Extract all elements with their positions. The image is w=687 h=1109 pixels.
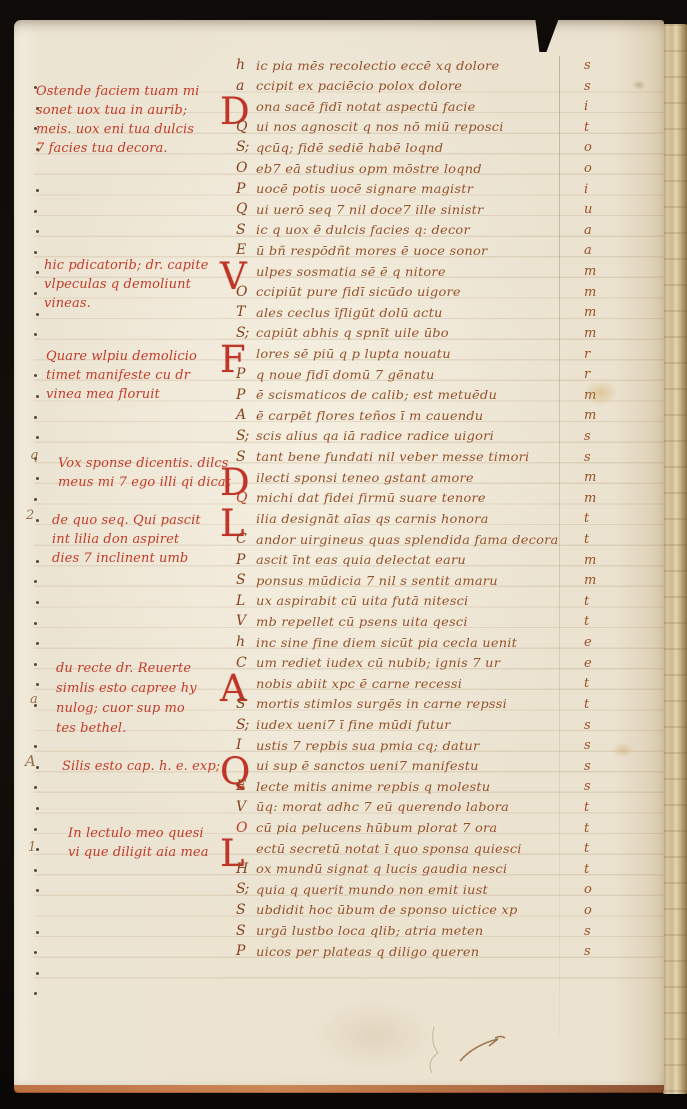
verse-text: q noue fidī domū 7 gēnatu xyxy=(256,368,435,382)
rhyme-end-letter: r xyxy=(584,367,590,382)
verse-line: Vmb repellet cū psens uita qescit xyxy=(236,612,656,633)
pricking-dot xyxy=(36,972,39,975)
verse-text: urgā lustbo loca qlib; atria meten xyxy=(256,924,483,938)
rhyme-end-letter: e xyxy=(584,635,592,650)
verse-text: ui sup ē sanctos ueni7 manifestu xyxy=(256,760,479,774)
verse-text: andor uirgineus quas splendida fama deco… xyxy=(256,533,559,547)
verse-text-block: hic pia mēs recolectio eccē xq doloresac… xyxy=(236,56,656,963)
rhyme-end-letter: m xyxy=(584,264,596,279)
verse-text: nobis abiit xpc ē carne recessi xyxy=(256,677,462,691)
verse-initial: h xyxy=(236,57,253,73)
rhyme-end-letter: a xyxy=(584,243,592,258)
rhyme-end-letter: t xyxy=(584,841,589,856)
rhyme-end-letter: s xyxy=(584,944,591,959)
gloss-line: meis. uox eni tua dulcis xyxy=(36,120,236,139)
rhyme-end-letter: s xyxy=(584,759,591,774)
rhyme-end-letter: m xyxy=(584,408,596,423)
pricking-dot xyxy=(36,807,39,810)
verse-initial: P xyxy=(236,387,253,403)
verse-line: Sponsus mūdicia 7 nil s sentit amarum xyxy=(236,571,656,592)
rhyme-end-letter: o xyxy=(584,140,592,155)
pricking-dot xyxy=(34,580,37,583)
pricking-dot xyxy=(36,477,39,480)
quire-mark: 2 xyxy=(26,508,34,523)
rhyme-end-letter: t xyxy=(584,821,589,836)
pricking-dot xyxy=(34,869,37,872)
gloss-line: vlpeculas q demoliunt xyxy=(44,275,244,294)
pricking-dot xyxy=(36,683,39,686)
verse-line: Vulpes sosmatia sē ē q nitorem xyxy=(236,262,656,283)
pricking-dot xyxy=(34,663,37,666)
verse-initial: O xyxy=(236,284,253,300)
pricking-dot xyxy=(36,560,39,563)
rhyme-end-letter: t xyxy=(584,676,589,691)
rhyme-end-letter: t xyxy=(584,614,589,629)
marginal-gloss-2: hic pdicatorib; dr. capitevlpeculas q de… xyxy=(44,256,244,313)
verse-line: Pascit īnt eas quia delectat earum xyxy=(236,551,656,572)
verse-line: Qmichi dat fidei firmū suare tenorem xyxy=(236,489,656,510)
rhyme-end-letter: u xyxy=(584,202,592,217)
pricking-dot xyxy=(36,642,39,645)
verse-initial: S xyxy=(236,572,253,588)
pricking-dot xyxy=(34,374,37,377)
verse-text: lecte mitis anime repbis q molestu xyxy=(256,780,490,794)
verse-initial: S; xyxy=(236,717,253,733)
verse-text: ccipit ex paciēcio polox dolore xyxy=(256,79,462,93)
pricking-dot xyxy=(34,828,37,831)
pricking-dot xyxy=(34,622,37,625)
verse-line: Dilecti sponsi teneo gstant amorem xyxy=(236,468,656,489)
rhyme-end-letter: o xyxy=(584,882,592,897)
rhyme-end-letter: s xyxy=(584,58,591,73)
rhyme-end-letter: o xyxy=(584,903,592,918)
verse-initial: P xyxy=(236,943,253,959)
verse-line: S;quia q querit mundo non emit iusto xyxy=(236,880,656,901)
rhyme-end-letter: m xyxy=(584,388,596,403)
verse-text: ponsus mūdicia 7 nil s sentit amaru xyxy=(256,574,498,588)
verse-initial: C xyxy=(236,531,253,547)
verse-line: Stant bene fundati nil veber messe timor… xyxy=(236,448,656,469)
verse-initial: P xyxy=(236,552,253,568)
rhyme-end-letter: m xyxy=(584,553,596,568)
pricking-dot xyxy=(34,498,37,501)
pricking-dot xyxy=(36,601,39,604)
rhyme-end-letter: t xyxy=(584,862,589,877)
verse-text: cū pia pelucens hūbum plorat 7 ora xyxy=(256,821,497,835)
verse-initial: E xyxy=(236,778,253,794)
verse-line: accipit ex paciēcio polox dolores xyxy=(236,77,656,98)
verse-line: hic pia mēs recolectio eccē xq dolores xyxy=(236,56,656,77)
verse-text: ux aspirabit cū uita futā nitesci xyxy=(256,595,468,609)
gloss-line: tes bethel. xyxy=(56,719,256,739)
rhyme-end-letter: t xyxy=(584,697,589,712)
verse-line: Iustis 7 repbis sua pmia cq; daturs xyxy=(236,736,656,757)
rhyme-end-letter: m xyxy=(584,573,596,588)
verse-text: mortis stimlos surgēs in carne repssi xyxy=(256,698,507,712)
rhyme-end-letter: a xyxy=(584,223,592,238)
gloss-line: timet manifeste cu dr xyxy=(46,366,246,385)
rhyme-end-letter: t xyxy=(584,594,589,609)
verse-initial: Q xyxy=(236,119,253,135)
rhyme-end-letter: i xyxy=(584,99,588,114)
verse-initial: P xyxy=(236,181,253,197)
gloss-line: vineas. xyxy=(44,294,244,313)
pricking-dot xyxy=(34,992,37,995)
verse-text: ilecti sponsi teneo gstant amore xyxy=(256,471,474,485)
gloss-line: vinea mea floruit xyxy=(46,385,246,404)
verse-line: Candor uirgineus quas splendida fama dec… xyxy=(236,530,656,551)
verse-initial: A xyxy=(236,407,253,423)
rhyme-end-letter: m xyxy=(584,326,596,341)
verse-initial: V xyxy=(236,613,253,629)
verse-text: ilia designāt aīas qs carnis honora xyxy=(256,512,489,526)
rhyme-end-letter: m xyxy=(584,491,596,506)
rhyme-end-letter: s xyxy=(584,79,591,94)
verse-text: um rediet iudex cū nubib; ignis 7 ur xyxy=(256,656,500,670)
verse-line: Electe mitis anime repbis q molestus xyxy=(236,777,656,798)
verse-line: Qui uerō seq 7 nil doce7 ille sinistru xyxy=(236,200,656,221)
pricking-dot xyxy=(36,271,39,274)
verse-line: Cum rediet iudex cū nubib; ignis 7 ure xyxy=(236,654,656,675)
verse-text: uicos per plateas q diligo queren xyxy=(256,945,479,959)
pen-trial-squiggle xyxy=(414,1015,554,1085)
verse-text: inc sine fine diem sicūt pia cecla uenit xyxy=(256,636,517,650)
rhyme-end-letter: s xyxy=(584,779,591,794)
verse-text: tant bene fundati nil veber messe timori xyxy=(256,450,529,464)
verse-text: quia q querit mundo non emit iust xyxy=(256,883,488,897)
verse-initial: S xyxy=(236,222,253,238)
verse-line: Lectū secretū notat ī quo sponsa quiesci… xyxy=(236,839,656,860)
verse-line: Pq noue fidī domū 7 gēnatur xyxy=(236,365,656,386)
verse-line: Lilia designāt aīas qs carnis honorat xyxy=(236,509,656,530)
verse-line: Qui sup ē sanctos ueni7 manifestus xyxy=(236,757,656,778)
rhyme-end-letter: t xyxy=(584,120,589,135)
verse-line: Puocē potis uocē signare magistri xyxy=(236,180,656,201)
verse-line: Vūq: morat adhc 7 eū querendo laborat xyxy=(236,798,656,819)
verse-text: ui nos agnoscit q nos nō miū reposci xyxy=(256,121,504,135)
rhyme-end-letter: m xyxy=(584,305,596,320)
quire-mark: 1 xyxy=(28,840,36,855)
verse-text: lores sē piū q p lupta nouatu xyxy=(256,347,451,361)
pricking-dot xyxy=(34,292,37,295)
rhyme-end-letter: r xyxy=(584,347,590,362)
gloss-line: Ostende faciem tuam mi xyxy=(36,82,236,101)
pricking-dot xyxy=(34,745,37,748)
rhyme-end-letter: i xyxy=(584,182,588,197)
verse-line: Subdidit hoc ūbum de sponso uictice xpo xyxy=(236,901,656,922)
parchment-page: Ostende faciem tuam misonet uox tua in a… xyxy=(14,20,664,1092)
verse-initial: S xyxy=(236,902,253,918)
gloss-line: Quare wlpiu demolicio xyxy=(46,347,246,366)
gloss-line: 7 facies tua decora. xyxy=(36,139,236,158)
verse-initial: S; xyxy=(236,139,253,155)
rhyme-end-letter: e xyxy=(584,656,592,671)
verse-initial: h xyxy=(236,634,253,650)
verse-text: ubdidit hoc ūbum de sponso uictice xp xyxy=(256,904,517,918)
verse-text: iudex ueni7 ī fine mūdi futur xyxy=(256,718,451,732)
pricking-dot xyxy=(34,251,37,254)
pricking-dot xyxy=(36,395,39,398)
rhyme-end-letter: t xyxy=(584,532,589,547)
pricking-dot xyxy=(36,436,39,439)
verse-initial: H xyxy=(236,861,253,877)
verse-line: Pē scismaticos de calib; est metuēdum xyxy=(236,386,656,407)
pricking-dot xyxy=(36,931,39,934)
pricking-dot xyxy=(36,889,39,892)
verse-line: Flores sē piū q p lupta nouatur xyxy=(236,345,656,366)
quire-mark: a xyxy=(30,692,38,707)
pricking-dot xyxy=(34,333,37,336)
verse-text: ona sacē fidī notat aspectū facie xyxy=(256,100,475,114)
verse-line: Lux aspirabit cū uita futā nitescit xyxy=(236,592,656,613)
pricking-dot xyxy=(34,786,37,789)
pricking-dot xyxy=(34,416,37,419)
pricking-dot xyxy=(36,189,39,192)
verse-line: S;iudex ueni7 ī fine mūdi futurs xyxy=(236,716,656,737)
rhyme-end-letter: m xyxy=(584,470,596,485)
verse-text: mb repellet cū psens uita qesci xyxy=(256,615,468,629)
pricking-dots xyxy=(34,86,42,1036)
verse-text: ic pia mēs recolectio eccē xq dolore xyxy=(256,59,499,73)
verse-line: hinc sine fine diem sicūt pia cecla ueni… xyxy=(236,633,656,654)
verse-line: Ocū pia pelucens hūbum plorat 7 orat xyxy=(236,819,656,840)
gloss-line: hic pdicatorib; dr. capite xyxy=(44,256,244,275)
verse-line: Occipiūt pure fidī sicūdo uigorem xyxy=(236,283,656,304)
verse-line: Hox mundū signat q lucis gaudia nescit xyxy=(236,860,656,881)
verse-initial: S; xyxy=(236,881,253,897)
verse-line: Oeb7 eā studius opm mōstre loqndo xyxy=(236,159,656,180)
pricking-dot xyxy=(34,210,37,213)
verse-initial: P xyxy=(236,366,253,382)
verse-line: Puicos per plateas q diligo querens xyxy=(236,942,656,963)
verse-line: Anobis abiit xpc ē carne recessit xyxy=(236,674,656,695)
verse-text: ulpes sosmatia sē ē q nitore xyxy=(256,265,446,279)
pricking-dot xyxy=(36,519,39,522)
verse-initial: V xyxy=(236,799,253,815)
verse-line: Eū bñ respōdñt mores ē uoce sonora xyxy=(236,241,656,262)
verse-text: eb7 eā studius opm mōstre loqnd xyxy=(256,162,482,176)
verse-initial: T xyxy=(236,304,253,320)
pricking-dot xyxy=(36,848,39,851)
verse-text: ē carpēt flores teños ī m cauendu xyxy=(256,409,483,423)
rhyme-end-letter: s xyxy=(584,450,591,465)
rhyme-end-letter: t xyxy=(584,800,589,815)
manuscript-scan: Ostende faciem tuam misonet uox tua in a… xyxy=(0,0,687,1109)
pricking-dot xyxy=(36,230,39,233)
rhyme-end-letter: s xyxy=(584,429,591,444)
gloss-line: sonet uox tua in aurib; xyxy=(36,101,236,120)
rhyme-end-letter: s xyxy=(584,738,591,753)
verse-text: ui uerō seq 7 nil doce7 ille sinistr xyxy=(256,203,483,217)
pricking-dot xyxy=(34,951,37,954)
verse-text: ox mundū signat q lucis gaudia nesci xyxy=(256,863,507,877)
quire-mark: A xyxy=(25,752,36,770)
verse-line: Qui nos agnoscit q nos nō miū reposcit xyxy=(236,118,656,139)
verse-line: Aē carpēt flores teños ī m cauendum xyxy=(236,406,656,427)
verse-line: Smortis stimlos surgēs in carne repssit xyxy=(236,695,656,716)
verse-line: S;scis alius qa iā radice radice uigoris xyxy=(236,427,656,448)
verse-initial: S; xyxy=(236,428,253,444)
verse-line: Surgā lustbo loca qlib; atria metens xyxy=(236,922,656,943)
verse-initial: L xyxy=(236,593,253,609)
rhyme-end-letter: m xyxy=(584,285,596,300)
verse-text: capiūt abhis q spnīt uile ūbo xyxy=(256,327,449,341)
verse-initial: Q xyxy=(236,201,253,217)
verse-initial: O xyxy=(236,160,253,176)
verse-text: ectū secretū notat ī quo sponsa quiesci xyxy=(256,842,522,856)
verse-line: Tales ceclus īfligūt dolū actum xyxy=(236,303,656,324)
verse-text: ascit īnt eas quia delectat earu xyxy=(256,553,466,567)
gloss-line: dies 7 inclinent umb xyxy=(52,549,252,568)
rhyme-end-letter: s xyxy=(584,924,591,939)
rhyme-end-letter: s xyxy=(584,718,591,733)
verse-initial: S xyxy=(236,696,253,712)
rhyme-end-letter: o xyxy=(584,161,592,176)
next-leaf-fore-edge xyxy=(663,24,687,1094)
quire-mark: q xyxy=(30,448,38,463)
verse-text: uocē potis uocē signare magistr xyxy=(256,182,473,196)
pricking-dot xyxy=(36,766,39,769)
verse-text: qcūq; fidē sediē habē loqnd xyxy=(256,141,443,155)
verse-text: ustis 7 repbis sua pmia cq; datur xyxy=(256,739,479,753)
rhyme-end-letter: t xyxy=(584,511,589,526)
verse-line: S;qcūq; fidē sediē habē loqndo xyxy=(236,138,656,159)
verse-text: ccipiūt pure fidī sicūdo uigore xyxy=(256,286,461,300)
verse-text: ē scismaticos de calib; est metuēdu xyxy=(256,389,497,403)
verse-text: ū bñ respōdñt mores ē uoce sonor xyxy=(256,244,487,258)
pricking-dot xyxy=(36,313,39,316)
verse-text: ic q uox ē dulcis facies q: decor xyxy=(256,224,470,238)
verse-text: ales ceclus īfligūt dolū actu xyxy=(256,306,443,320)
verse-line: Dona sacē fidī notat aspectū faciei xyxy=(236,97,656,118)
verse-line: Sic q uox ē dulcis facies q: decora xyxy=(236,221,656,242)
marginal-gloss-1: Ostende faciem tuam misonet uox tua in a… xyxy=(36,82,236,158)
marginal-gloss-3: Quare wlpiu demoliciotimet manifeste cu … xyxy=(46,347,246,404)
verse-text: scis alius qa iā radice radice uigori xyxy=(256,430,494,444)
verse-text: michi dat fidei firmū suare tenore xyxy=(256,492,486,506)
verse-text: ūq: morat adhc 7 eū querendo labora xyxy=(256,801,509,815)
verse-initial: S xyxy=(236,923,253,939)
verse-line: S;capiūt abhis q spnīt uile ūbom xyxy=(236,324,656,345)
page-bottom-edge xyxy=(14,1085,664,1093)
